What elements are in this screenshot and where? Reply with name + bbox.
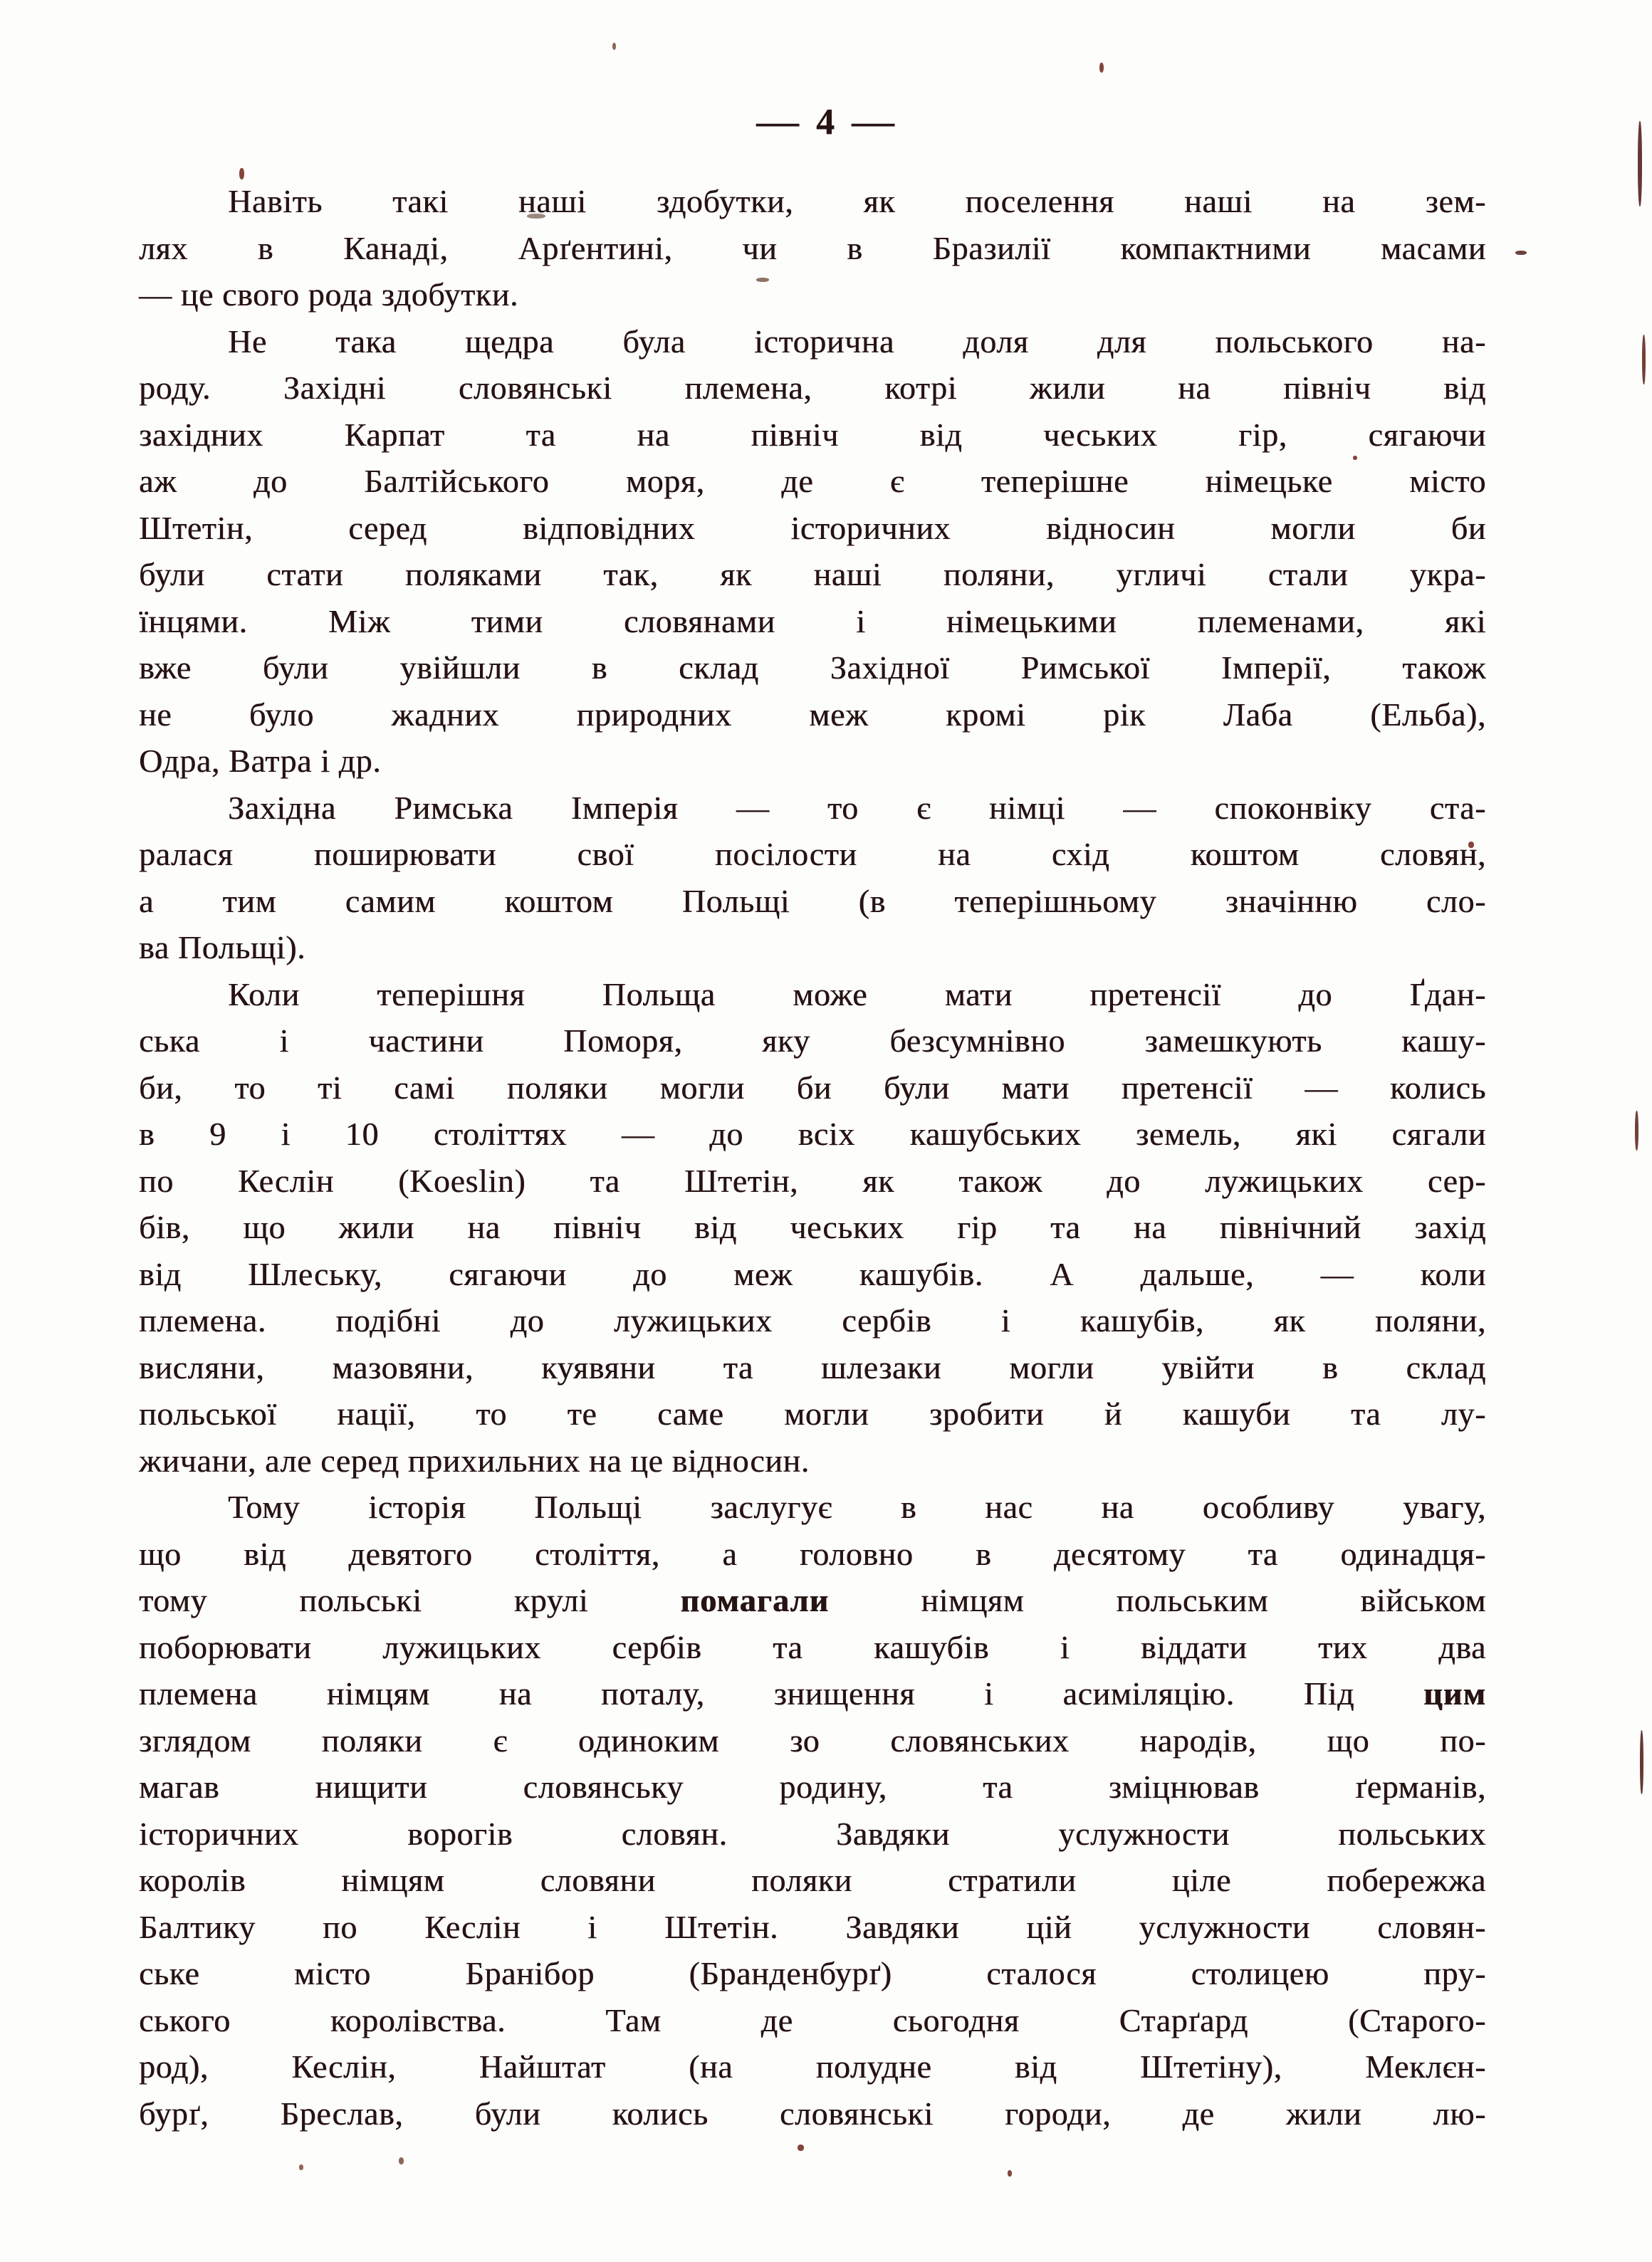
- text-line: від Шлеську, сягаючи до меж кашубів. А д…: [139, 1251, 1486, 1298]
- scan-speckle: [756, 278, 769, 282]
- scan-speckle: [612, 43, 616, 50]
- text-line: були стати поляками так, як наші поляни,…: [139, 551, 1486, 598]
- text-line: по Кеслін (Koeslin) та Штетін, як також …: [139, 1158, 1486, 1205]
- paragraph: Західна Римська Імперія — то є німці — с…: [139, 785, 1486, 971]
- scan-speckle: [399, 2157, 404, 2164]
- scan-speckle: [1515, 251, 1527, 255]
- body-text: Навіть такі наші здобутки, як поселення …: [139, 178, 1486, 2137]
- text-line: ська і частини Поморя, яку безсумнівно з…: [139, 1017, 1486, 1064]
- text-line: польської нації, то те саме могли зробит…: [139, 1391, 1486, 1438]
- scan-speckle: [798, 2145, 804, 2151]
- text-line: поборювати лужицьких сербів та кашубів і…: [139, 1624, 1486, 1671]
- text-line: лях в Канаді, Арґентині, чи в Бразилії к…: [139, 225, 1486, 272]
- text-line: бурґ, Бреслав, були колись словянські го…: [139, 2090, 1486, 2137]
- header-dash-right: —: [852, 101, 896, 143]
- text-line: род), Кеслін, Найштат (на полудне від Шт…: [139, 2043, 1486, 2090]
- text-line: аж до Балтійського моря, де є теперішне …: [139, 458, 1486, 505]
- scan-speckle: [299, 2164, 303, 2170]
- scan-speckle: [1635, 1111, 1638, 1151]
- text-line: ралася поширювати свої посілости на схід…: [139, 831, 1486, 878]
- text-line: бів, що жили на північ від чеських гір т…: [139, 1204, 1486, 1251]
- text-line: Тому історія Польщі заслугує в нас на ос…: [139, 1484, 1486, 1531]
- text-line: висляни, мазовяни, куявяни та шлезаки мо…: [139, 1344, 1486, 1391]
- text-line: — це свого рода здобутки.: [139, 271, 1486, 318]
- scan-speckle: [1099, 63, 1104, 73]
- text-line: магав нищити словянську родину, та зміцн…: [139, 1764, 1486, 1811]
- text-line: Навіть такі наші здобутки, як поселення …: [139, 178, 1486, 225]
- text-line: би, то ті самі поляки могли би були мати…: [139, 1064, 1486, 1111]
- text-line: що від девятого століття, а головно в де…: [139, 1531, 1486, 1578]
- text-line: їнцями. Між тими словянами і німецькими …: [139, 598, 1486, 645]
- header-number: 4: [816, 101, 836, 143]
- document-page: —4— Навіть такі наші здобутки, як поселе…: [0, 0, 1652, 2262]
- scan-speckle: [1638, 121, 1642, 206]
- text-line: ського королівства. Там де сьогодня Стар…: [139, 1997, 1486, 2044]
- text-line: племена. подібні до лужицьких сербів і к…: [139, 1297, 1486, 1344]
- scan-speckle: [1468, 842, 1474, 848]
- text-line: Не така щедра була історична доля для по…: [139, 318, 1486, 365]
- text-line: зглядом поляки є одиноким зо словянських…: [139, 1717, 1486, 1764]
- paragraph: Навіть такі наші здобутки, як поселення …: [139, 178, 1486, 318]
- scan-speckle: [239, 168, 244, 179]
- text-line: Штетін, серед відповідних історичних від…: [139, 505, 1486, 552]
- text-line: жичани, але серед прихильних на це відно…: [139, 1438, 1486, 1485]
- text-line: Балтику по Кеслін і Штетін. Завдяки цій …: [139, 1904, 1486, 1951]
- text-line: ське місто Бранібор (Бранденбурґ) сталос…: [139, 1950, 1486, 1997]
- scan-speckle: [1353, 456, 1357, 460]
- text-line: племена німцям на поталу, знищення і аси…: [139, 1670, 1486, 1717]
- scan-speckle: [1008, 2170, 1012, 2177]
- text-line: роду. Західні словянські племена, котрі …: [139, 365, 1486, 412]
- paragraph: Коли теперішня Польща може мати претенсі…: [139, 971, 1486, 1485]
- scan-speckle: [527, 214, 545, 219]
- header-dash-left: —: [756, 101, 800, 143]
- text-line: не було жадних природних меж кромі рік Л…: [139, 691, 1486, 738]
- paragraph: Тому історія Польщі заслугує в нас на ос…: [139, 1484, 1486, 2137]
- page-number: —4—: [0, 101, 1652, 143]
- text-line: історичних ворогів словян. Завдяки услуж…: [139, 1811, 1486, 1858]
- text-line: західних Карпат та на північ від чеських…: [139, 412, 1486, 459]
- scan-speckle: [1640, 1730, 1643, 1794]
- text-line: Коли теперішня Польща може мати претенсі…: [139, 971, 1486, 1018]
- text-line: королів німцям словяни поляки стратили ц…: [139, 1857, 1486, 1904]
- text-line: Західна Римська Імперія — то є німці — с…: [139, 785, 1486, 832]
- text-line: ва Польщі).: [139, 924, 1486, 971]
- text-line: вже були увійшли в склад Західної Римськ…: [139, 644, 1486, 691]
- text-line: Одра, Ватра і др.: [139, 738, 1486, 785]
- scan-speckle: [1642, 335, 1646, 384]
- text-line: тому польські крулі помагали німцям поль…: [139, 1577, 1486, 1624]
- text-line: а тим самим коштом Польщі (в теперішньом…: [139, 878, 1486, 925]
- text-line: в 9 і 10 століттях — до всіх кашубських …: [139, 1111, 1486, 1158]
- paragraph: Не така щедра була історична доля для по…: [139, 318, 1486, 785]
